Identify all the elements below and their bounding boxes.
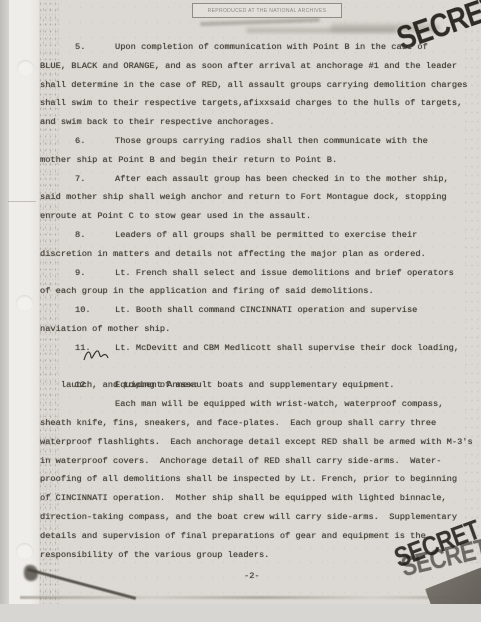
- paragraph-line: of CINCINNATI operation. Mother ship sha…: [40, 489, 476, 508]
- paragraph-line: direction-taking compass, and the boat c…: [40, 508, 476, 527]
- paragraph-text: Equipment Annex:: [115, 380, 198, 390]
- paragraph-line: enroute at Point C to stow gear used in …: [40, 207, 476, 226]
- punch-hole: [16, 543, 33, 559]
- paragraph-line: in waterproof covers. Anchorage detail o…: [40, 452, 476, 471]
- paragraph-line: 8.Leaders of all groups shall be permitt…: [40, 226, 476, 245]
- paragraph-line: BLUE, BLACK and ORANGE, and as soon afte…: [40, 57, 476, 76]
- paragraph-line: 10.Lt. Booth shall command CINCINNATI op…: [40, 301, 476, 320]
- paragraph-text: Leaders of all groups shall be permitted…: [115, 230, 417, 240]
- paragraph-line: mother ship at Point B and begin their r…: [40, 151, 476, 170]
- paragraph-line: Each man will be equipped with wrist-wat…: [40, 395, 476, 414]
- paragraph-line: of each group in the application and fir…: [40, 282, 476, 301]
- paragraph-line: and swim back to their respective anchor…: [40, 113, 476, 132]
- paragraph-text: Lt. McDevitt and CBM Medlicott shall sup…: [115, 343, 459, 353]
- paragraph-text: After each assault group has been checke…: [115, 174, 449, 184]
- paragraph-line: 5.Upon completion of communication with …: [40, 38, 476, 57]
- paragraph-line: proofing of all demolitions shall be ins…: [40, 470, 476, 489]
- page-number: -2-: [244, 571, 260, 581]
- paragraph-number: 8.: [75, 226, 115, 245]
- paragraph-line: naviation of mother ship.: [40, 320, 476, 339]
- paragraph-line: shall determine in the case of RED, all …: [40, 76, 476, 95]
- paragraph-line: 9.Lt. French shall select and issue demo…: [40, 264, 476, 283]
- paragraph-line: 12.Equipment Annex:: [40, 376, 476, 395]
- document-body: 5.Upon completion of communication with …: [40, 38, 476, 564]
- scan-bed: [0, 604, 481, 622]
- paragraph-line: 11.Lt. McDevitt and CBM Medlicott shall …: [40, 339, 476, 358]
- page-edge-speckle: [463, 0, 481, 604]
- page-edge-shadow: [20, 596, 460, 599]
- paragraph-text: Lt. Booth shall command CINCINNATI opera…: [115, 305, 417, 315]
- page-corner-mark: [24, 565, 38, 581]
- paragraph-number: 9.: [75, 264, 115, 283]
- paragraph-number: 10.: [75, 301, 115, 320]
- paragraph-text: Upon completion of communication with Po…: [115, 42, 428, 52]
- paragraph-line: sheath knife, fins, sneakers, and face-p…: [40, 414, 476, 433]
- paragraph-number: 7.: [75, 170, 115, 189]
- paragraph-number: 12.: [75, 376, 115, 395]
- paragraph-text: Lt. French shall select and issue demoli…: [115, 268, 454, 278]
- paragraph-line: said mother ship shall weigh anchor and …: [40, 188, 476, 207]
- national-archives-stamp: REPRODUCED AT THE NATIONAL ARCHIVES: [192, 3, 342, 18]
- paragraph-line: discretion in matters and details not af…: [40, 245, 476, 264]
- national-archives-stamp-text: REPRODUCED AT THE NATIONAL ARCHIVES: [208, 8, 327, 14]
- paragraph-number: 11.: [75, 339, 115, 358]
- paragraph-text: Those groups carrying radios shall then …: [115, 136, 428, 146]
- scan-edge: [0, 0, 9, 622]
- paragraph-number: 5.: [75, 38, 115, 57]
- paragraph-number: 6.: [75, 132, 115, 151]
- punch-hole: [17, 60, 34, 76]
- paragraph-line: 7.After each assault group has been chec…: [40, 170, 476, 189]
- paragraph-line: waterproof flashlights. Each anchorage d…: [40, 433, 476, 452]
- punch-hole: [16, 295, 33, 311]
- paragraph-line: 6.Those groups carrying radios shall the…: [40, 132, 476, 151]
- ink-smudge: [246, 28, 396, 33]
- paragraph-line: launch, and towing of assault boats and …: [40, 358, 476, 377]
- pencil-mark: [8, 201, 36, 202]
- paragraph-line: shall swim to their respective targets,a…: [40, 94, 476, 113]
